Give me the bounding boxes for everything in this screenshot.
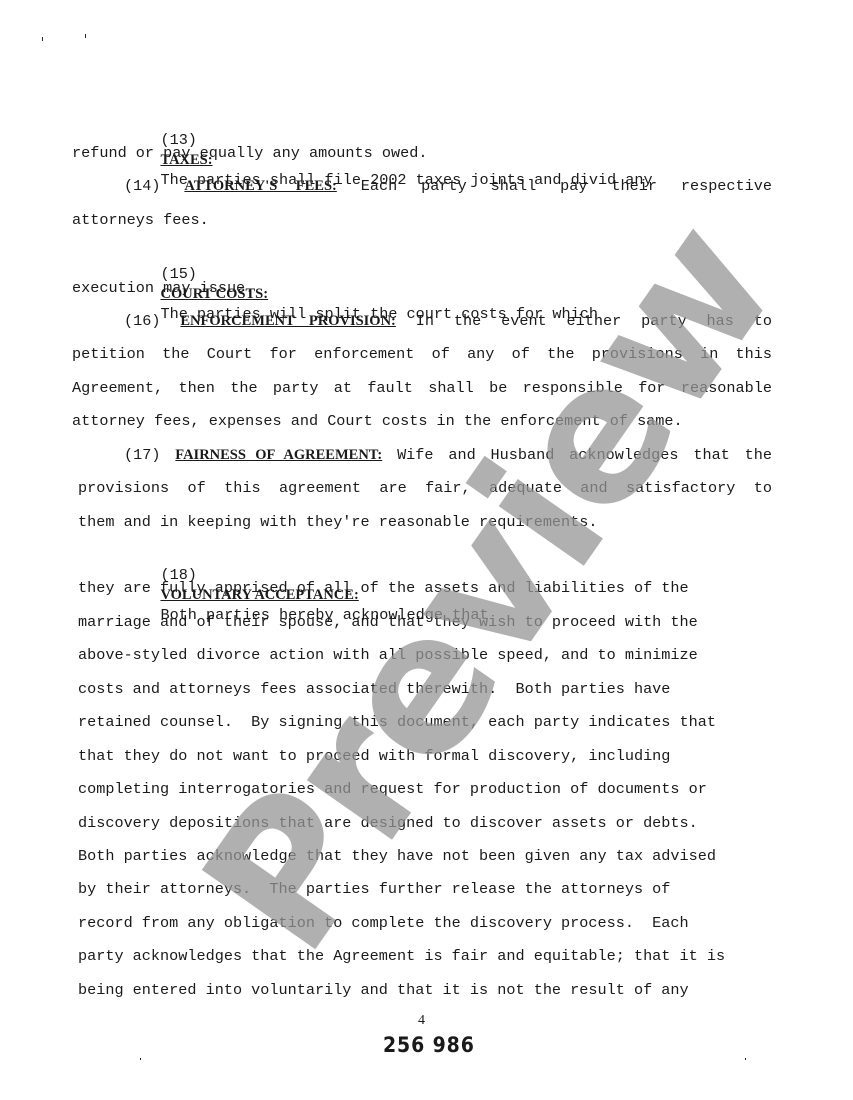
paragraph-18-line-10: Both parties acknowledge that they have … — [78, 846, 716, 866]
paragraph-text: Wife and Husband acknowledges that the — [397, 446, 772, 464]
paragraph-18-line-2: they are fully apprised of all of the as… — [78, 578, 689, 598]
paragraph-18-line-12: record from any obligation to complete t… — [78, 913, 689, 933]
paragraph-16-line-4: attorney fees, expenses and Court costs … — [72, 411, 683, 431]
paragraph-13-line-2: refund or pay equally any amounts owed. — [72, 143, 427, 163]
paragraph-number: (16) — [124, 312, 160, 330]
paragraph-18-line-9: discovery depositions that are designed … — [78, 813, 698, 833]
scan-mark — [140, 1058, 141, 1060]
paragraph-18-line-7: that they do not want to proceed with fo… — [78, 746, 670, 766]
paragraph-17-line-1: (17) FAIRNESS OF AGREEMENT: Wife and Hus… — [124, 445, 772, 465]
paragraph-text: Each party shall pay their respective — [361, 177, 772, 195]
paragraph-18-line-8: completing interrogatories and request f… — [78, 779, 707, 799]
paragraph-18-line-5: costs and attorneys fees associated ther… — [78, 679, 670, 699]
paragraph-text: In the event either party has to — [416, 312, 772, 330]
paragraph-17-line-2: provisions of this agreement are fair, a… — [78, 478, 772, 498]
paragraph-18-line-11: by their attorneys. The parties further … — [78, 879, 670, 899]
paragraph-18-line-3: marriage and of their spouse, and that t… — [78, 612, 698, 632]
paragraph-16-line-2: petition the Court for enforcement of an… — [72, 344, 772, 364]
paragraph-18-line-4: above-styled divorce action with all pos… — [78, 645, 698, 665]
paragraph-14-line-2: attorneys fees. — [72, 210, 209, 230]
section-heading: ENFORCEMENT PROVISION: — [180, 313, 396, 329]
scan-mark — [745, 1058, 746, 1060]
paragraph-15-line-2: execution may issue. — [72, 278, 254, 298]
section-heading: ATTORNEY'S FEES: — [184, 178, 336, 194]
paragraph-16-line-3: Agreement, then the party at fault shall… — [72, 378, 772, 398]
paragraph-18-line-13: party acknowledges that the Agreement is… — [78, 946, 725, 966]
scan-mark — [42, 37, 43, 41]
scan-mark — [85, 34, 86, 38]
document-page: (13) TAXES: The parties shall file 2002 … — [0, 0, 853, 1100]
page-number: 4 — [418, 1013, 425, 1029]
paragraph-18-line-6: retained counsel. By signing this docume… — [78, 712, 716, 732]
paragraph-14-line-1: (14) ATTORNEY'S FEES: Each party shall p… — [124, 176, 772, 196]
paragraph-16-line-1: (16) ENFORCEMENT PROVISION: In the event… — [124, 311, 772, 331]
paragraph-18-line-14: being entered into voluntarily and that … — [78, 980, 689, 1000]
paragraph-number: (17) — [124, 446, 160, 464]
paragraph-17-line-3: them and in keeping with they're reasona… — [78, 512, 598, 532]
section-heading: FAIRNESS OF AGREEMENT: — [175, 447, 382, 463]
paragraph-number: (14) — [124, 177, 160, 195]
book-page-stamp: 256 986 — [383, 1033, 475, 1057]
